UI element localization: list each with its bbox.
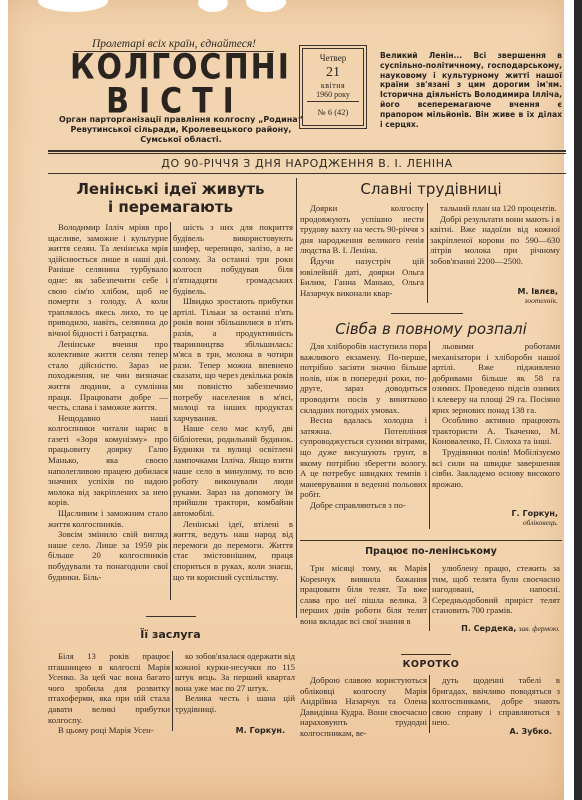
article-headline-sivba: Сівба в повному розпалі	[300, 320, 562, 338]
separator-rule	[146, 616, 196, 617]
article-body-korotko-col1: Доброю славою користуються обліковці кол…	[300, 675, 427, 739]
paragraph: Ленінське вчення про колективне життя се…	[48, 339, 168, 413]
article-headline-slavni: Славні трудівниці	[300, 180, 562, 198]
weekday: Четвер	[303, 53, 363, 63]
issue-date-box: Четвер 21 квітня 1960 року № 6 (42)	[302, 48, 364, 126]
paragraph: ко зобов'язалася одержати від кожної кур…	[175, 651, 295, 693]
section-banner: ДО 90-РІЧЧЯ З ДНЯ НАРОДЖЕННЯ В. І. ЛЕНІН…	[48, 157, 566, 170]
separator-rule	[391, 313, 463, 314]
author-gorkun: Г. Горкун, обліковець.	[432, 508, 558, 527]
scan-edge	[574, 0, 582, 800]
day-number: 21	[303, 65, 363, 81]
column-rule	[429, 563, 430, 631]
year: 1960 року	[307, 90, 359, 102]
column-rule	[172, 651, 173, 731]
article-body-pratsiuie-col1: Три місяці тому, як Марія Коренчук вияви…	[300, 563, 427, 627]
article-body-zasluha-col1: Біля 13 років працює пташницею в колгосп…	[48, 651, 170, 736]
paragraph: Трудівники полів! Мобілізуємо всі сили н…	[432, 447, 560, 489]
column-rule	[296, 178, 297, 618]
paragraph: Особливо активно працюють трактористи А.…	[432, 415, 560, 447]
paragraph: шість з них для покриття будівель викори…	[173, 222, 293, 296]
lead-quote: Великий Ленін... Всі звершення в суспіль…	[380, 51, 562, 129]
paragraph: Володимир Ілліч мріяв про щасливе, замож…	[48, 222, 168, 339]
paper-tear	[198, 0, 228, 12]
issue-number: № 6 (42)	[303, 107, 363, 117]
article-body-sivba-col1: Для хліборобів наступила пора важливого …	[300, 341, 427, 511]
article-body-lenin-ideas-col1: Володимир Ілліч мріяв про щасливе, замож…	[48, 222, 168, 582]
paragraph: Йдучи назустріч цій ювілейній даті, дояр…	[300, 256, 424, 298]
column-rule	[429, 675, 430, 733]
author-zubko: А. Зубко.	[432, 726, 552, 736]
masthead-rule-thin	[48, 153, 566, 154]
article-body-zasluha-col2: ко зобов'язалася одержати від кожної кур…	[175, 651, 295, 715]
paragraph: Зовсім змінило свій вигляд наше село. Ли…	[48, 529, 168, 582]
paragraph: дуть щоденні табелі в бригадах, ввічливо…	[432, 675, 560, 728]
column-rule	[427, 203, 428, 303]
paragraph: Нещодавно наші колгоспники читали нарис …	[48, 413, 168, 508]
banner-rule	[48, 173, 566, 174]
paper-tear	[38, 0, 108, 12]
paragraph: улюблену працю, стежить за тим, щоб теля…	[432, 563, 560, 616]
newspaper-page: Пролетарі всіх країн, єднайтеся! КОЛГОСП…	[8, 0, 564, 800]
paragraph: тальний план на 120 процентів.	[430, 203, 560, 214]
paragraph: Доярки колгоспу продовжують успішно нест…	[300, 203, 424, 256]
article-body-pratsiuie-col2: улюблену працю, стежить за тим, щоб теля…	[432, 563, 560, 616]
author-gorkun-2: М. Горкун.	[175, 725, 285, 735]
separator-rule	[300, 540, 562, 541]
paragraph: Три місяці тому, як Марія Коренчук вияви…	[300, 563, 427, 627]
paragraph: Весна вдалась холодна і затяжна. Потеплі…	[300, 415, 427, 500]
article-body-sivba-col2: льовими роботами механізатори і хлібороб…	[432, 341, 560, 489]
article-body-slavni-col2: тальний план на 120 процентів.Добрі резу…	[430, 203, 560, 267]
paragraph: Біля 13 років працює пташницею в колгосп…	[48, 651, 170, 725]
publisher-line: Орган парторганізації правління колгоспу…	[46, 115, 316, 145]
article-headline-zasluha: Її заслуга	[48, 628, 293, 641]
article-body-slavni-col1: Доярки колгоспу продовжують успішно нест…	[300, 203, 424, 298]
column-rule	[170, 222, 171, 600]
paragraph: Для хліборобів наступила пора важливого …	[300, 341, 427, 415]
paragraph: льовими роботами механізатори і хлібороб…	[432, 341, 560, 415]
author-serdeka: П. Сердека, зав. фермою.	[432, 623, 560, 633]
article-headline-pratsiuie: Працює по-ленінському	[300, 546, 562, 557]
paragraph: Доброю славою користуються обліковці кол…	[300, 675, 427, 739]
paragraph: Швидко зростають прибутки артілі. Тільки…	[173, 296, 293, 423]
paragraph: Велика честь і шана цій трудівниці.	[175, 693, 295, 714]
article-body-lenin-ideas-col2: шість з них для покриття будівель викори…	[173, 222, 293, 582]
paragraph: Ленінські ідеї, втілені в життя, ведуть …	[173, 519, 293, 583]
paragraph: Добре справляються з по-	[300, 500, 427, 511]
article-headline-lenin-ideas: Ленінські ідеї живуть і перемагають	[48, 180, 293, 216]
paragraph: В цьому році Марія Усен-	[48, 725, 170, 736]
separator-rule	[401, 654, 451, 655]
article-headline-korotko: КОРОТКО	[300, 659, 562, 670]
article-body-korotko-col2: дуть щоденні табелі в бригадах, ввічливо…	[432, 675, 560, 728]
paragraph: Щасливим і заможним стало життя колгоспн…	[48, 508, 168, 529]
column-rule	[429, 341, 430, 529]
paragraph: Добрі результати вони мають і в квітні. …	[430, 214, 560, 267]
paper-tear	[246, 0, 286, 12]
month: квітня	[303, 81, 363, 90]
masthead-rule	[48, 150, 566, 152]
author-ivlev: М. Івлєв, зоотехнік.	[430, 286, 558, 305]
paragraph: Наше село має клуб, дві бібліотеки, роди…	[173, 423, 293, 518]
